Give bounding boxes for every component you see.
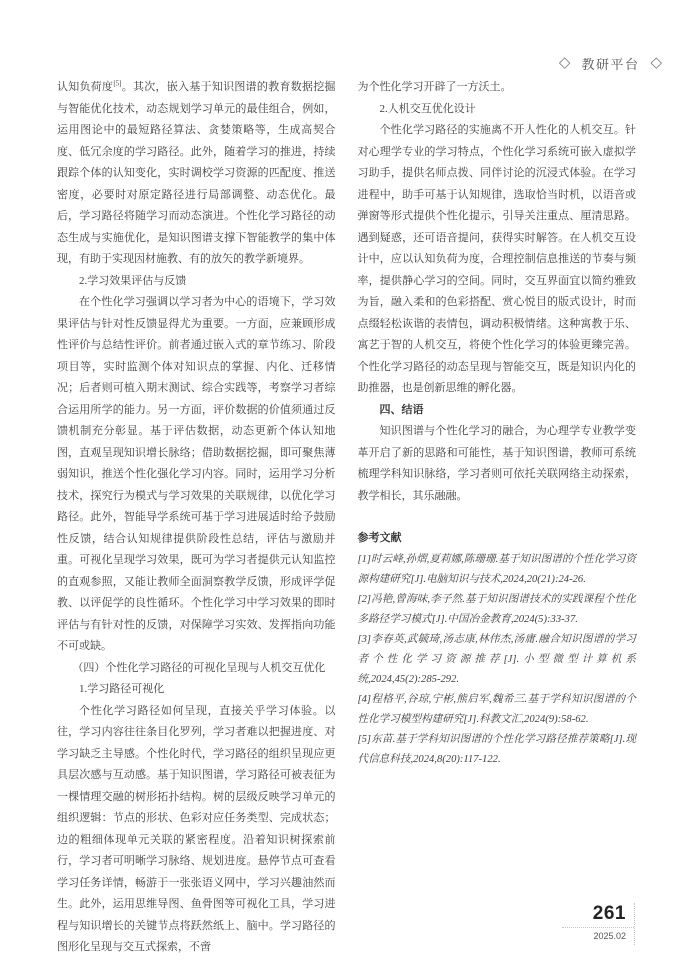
reference-item-3: [3]李春英,武毓琦,汤志康,林伟杰,汤庸.融合知识图谱的学习者个性化学习资源推… bbox=[358, 630, 637, 690]
page-footer: 261 2025.02 bbox=[562, 903, 635, 945]
diamond-icon-left: ◇ bbox=[559, 56, 571, 71]
reference-item-2: [2]冯艳,曾海味,李子然.基于知识图谱技术的实践课程个性化多路径学习模式[J]… bbox=[358, 590, 637, 630]
paragraph-hci: 个性化学习路径的实施离不开人性化的人机交互。针对心理学专业的学习特点，个性化学习… bbox=[358, 120, 637, 400]
paragraph-visualization: 个性化学习路径如何呈现，直接关乎学习体验。以往，学习内容往往条目化罗列，学习者难… bbox=[57, 701, 336, 959]
page-number: 261 bbox=[562, 903, 634, 928]
paragraph-conclusion: 知识图谱与个性化学习的融合，为心理学专业教学变革开启了新的思路和可能性，基于知识… bbox=[358, 421, 637, 507]
heading-path-visualization: 1.学习路径可视化 bbox=[57, 679, 336, 701]
reference-item-5: [5]东苗.基于学科知识图谱的个性化学习路径推荐策略[J].现代信息科技,202… bbox=[358, 730, 637, 770]
body-text: 认知负荷度 bbox=[57, 81, 113, 93]
paragraph-continuation: 为个性化学习开辟了一方沃土。 bbox=[358, 77, 637, 99]
reference-item-4: [4]程格平,谷琼,宁彬,熊启军,魏希三.基于学科知识图谱的个性化学习模型构建研… bbox=[358, 690, 637, 730]
platform-label: 教研平台 bbox=[581, 54, 639, 73]
heading-section-four: （四）个性化学习路径的可视化呈现与人机交互优化 bbox=[57, 658, 336, 680]
article-body: 认知负荷度[5]。其次，嵌入基于知识图谱的教育数据挖掘与智能优化技术，动态规划学… bbox=[57, 77, 636, 959]
references-heading: 参考文献 bbox=[358, 528, 637, 550]
right-column: 为个性化学习开辟了一方沃土。 2.人机交互优化设计 个性化学习路径的实施离不开人… bbox=[358, 77, 637, 959]
heading-learning-effect-feedback: 2.学习效果评估与反馈 bbox=[57, 271, 336, 293]
citation-marker: [5] bbox=[113, 79, 121, 87]
heading-conclusion: 四、结语 bbox=[358, 400, 637, 422]
reference-item-1: [1]时云峰,孙熠,夏莉娜,陈珊珊.基于知识图谱的个性化学习资源构建研究[J].… bbox=[358, 550, 637, 590]
issue-date: 2025.02 bbox=[562, 928, 634, 945]
page-header: ◇ 教研平台 ◇ bbox=[559, 54, 662, 73]
diamond-icon-right: ◇ bbox=[650, 56, 662, 71]
body-text: 。其次，嵌入基于知识图谱的教育数据挖掘与智能优化技术，动态规划学习单元的最佳组合… bbox=[57, 81, 336, 265]
heading-hci-design: 2.人机交互优化设计 bbox=[358, 99, 637, 121]
paragraph-effect-evaluation: 在个性化学习强调以学习者为中心的语境下，学习效果评估与针对性反馈显得尤为重要。一… bbox=[57, 292, 336, 658]
left-column: 认知负荷度[5]。其次，嵌入基于知识图谱的教育数据挖掘与智能优化技术，动态规划学… bbox=[57, 77, 336, 959]
journal-page: ◇ 教研平台 ◇ 认知负荷度[5]。其次，嵌入基于知识图谱的教育数据挖掘与智能优… bbox=[0, 0, 692, 979]
paragraph-path-generation: 认知负荷度[5]。其次，嵌入基于知识图谱的教育数据挖掘与智能优化技术，动态规划学… bbox=[57, 77, 336, 271]
